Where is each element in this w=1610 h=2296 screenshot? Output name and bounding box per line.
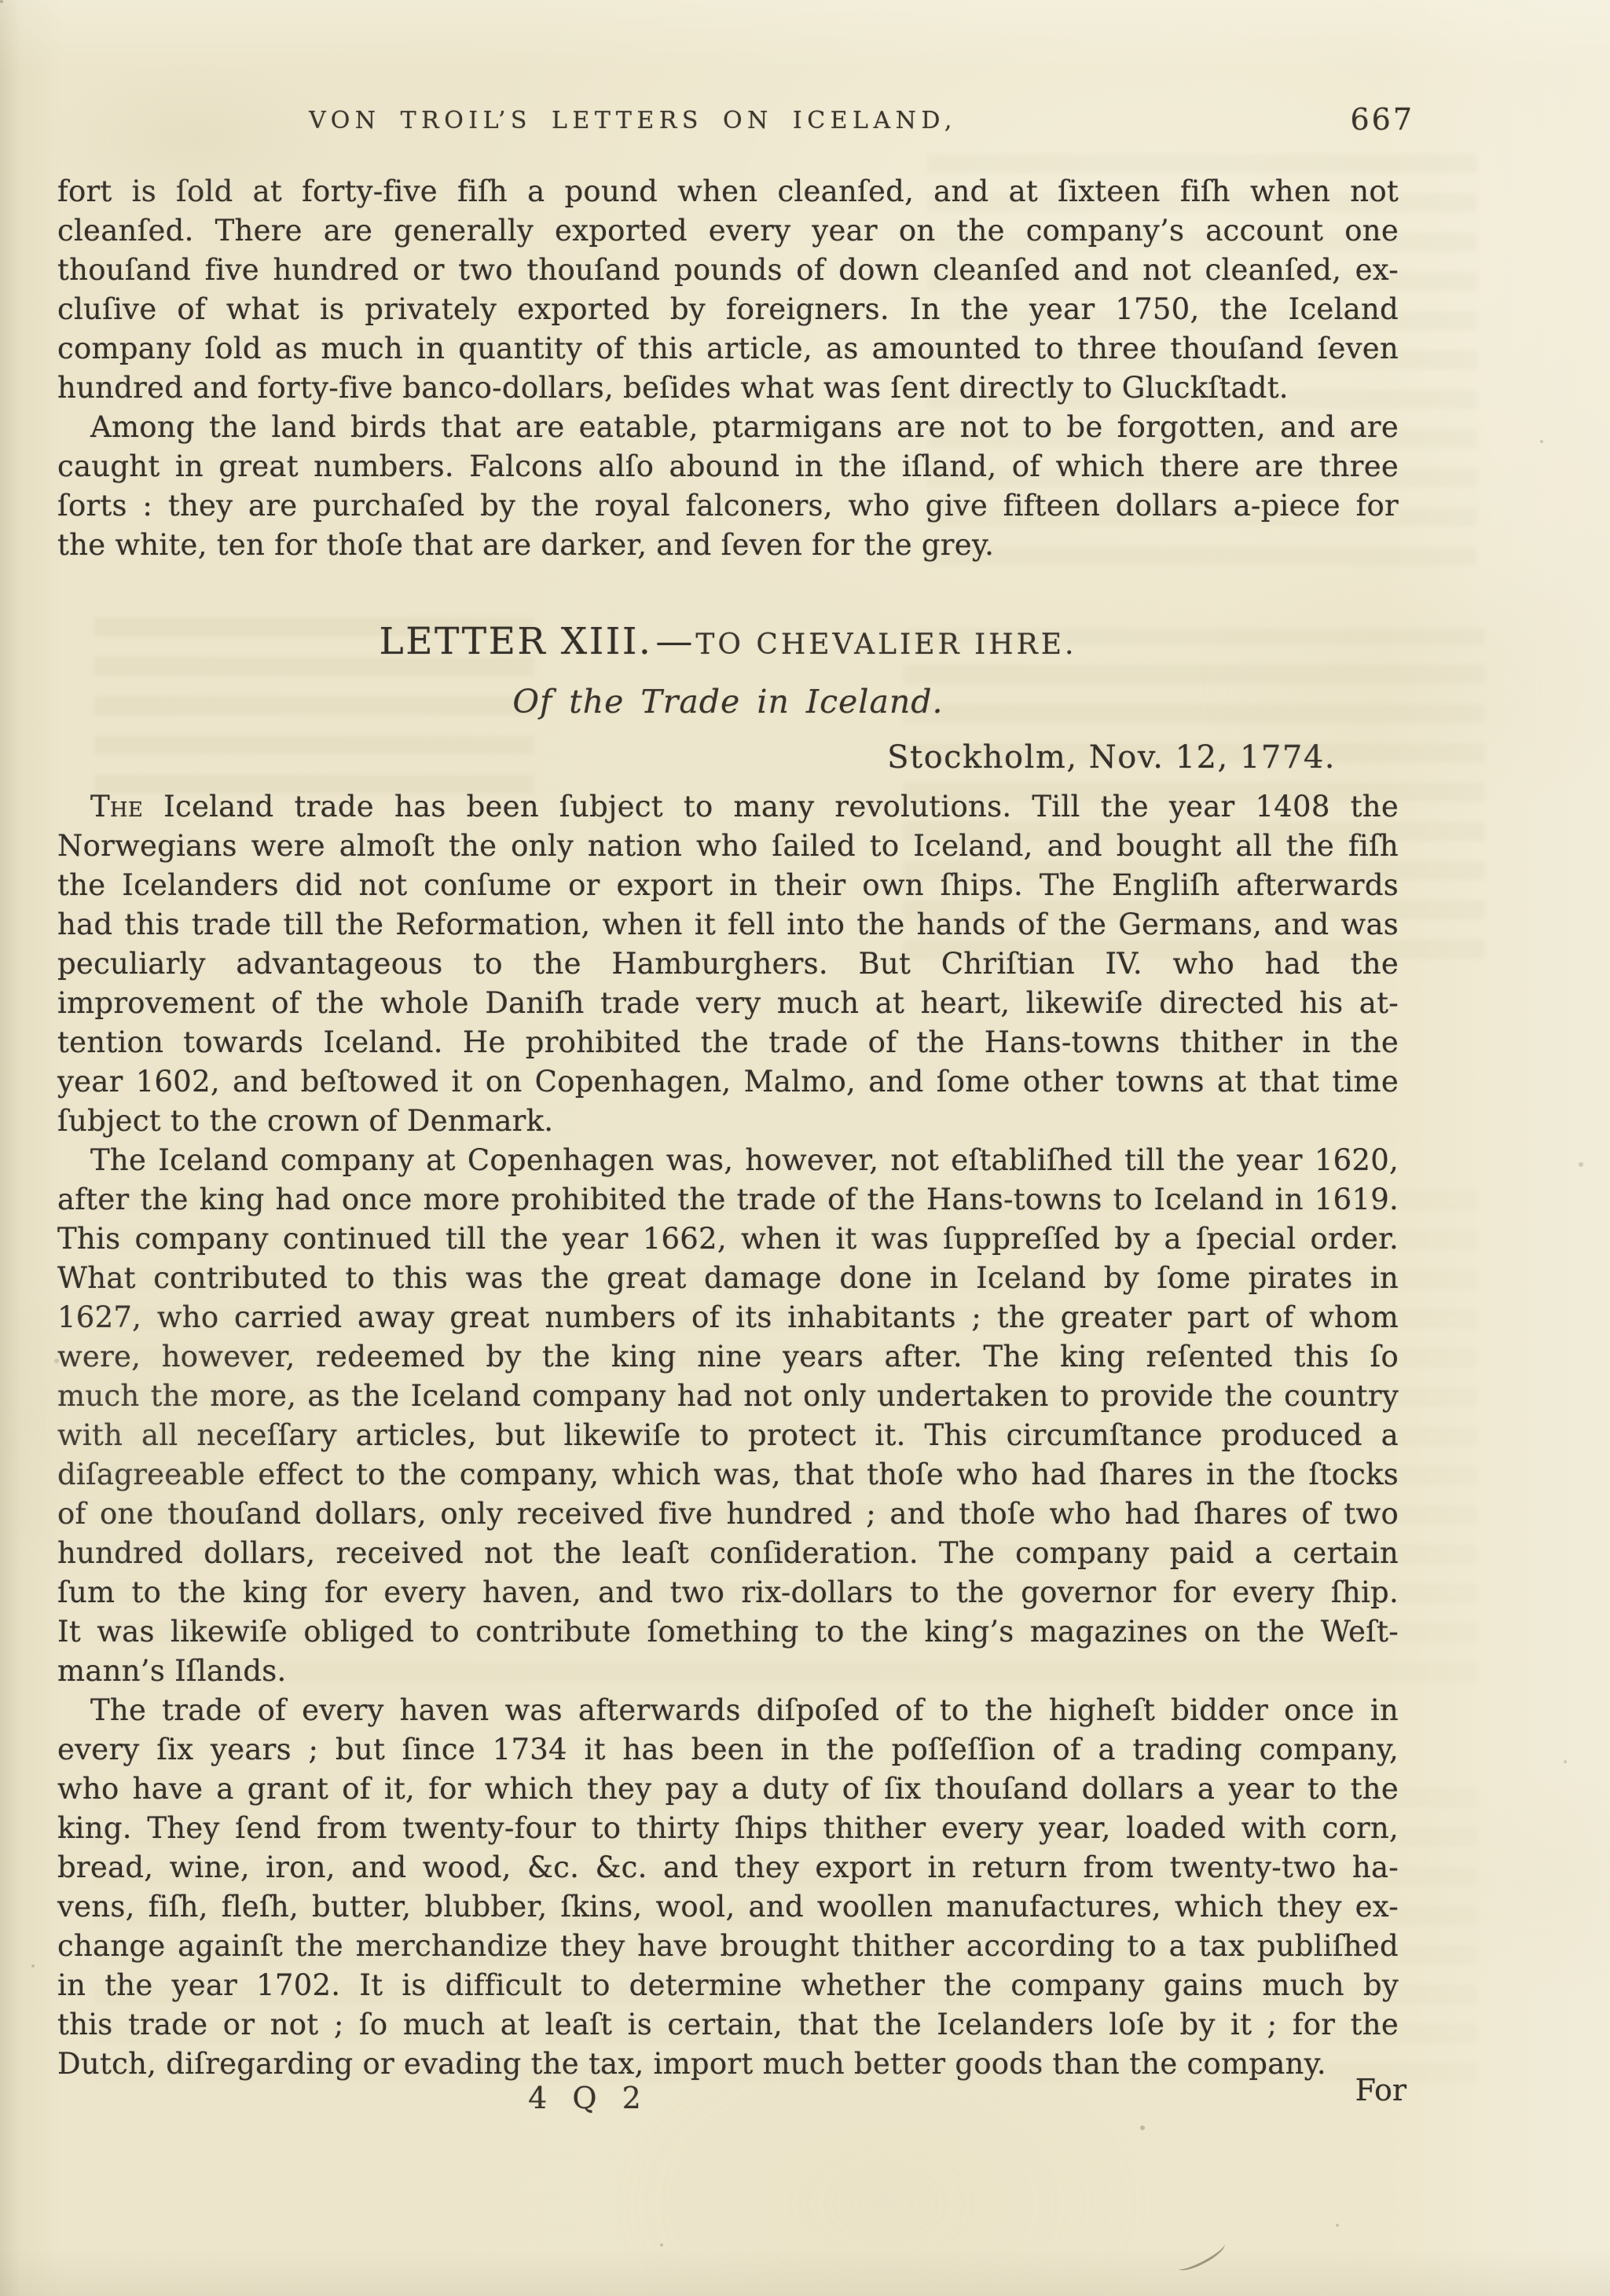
text-line: hundred dollars, received not the leaſt … — [57, 1534, 1399, 1573]
text-block-body: The Iceland trade has been ſubject to ma… — [57, 787, 1399, 2084]
paragraph: The Iceland company at Copenhagen was, h… — [57, 1141, 1399, 1691]
text-line: after the king had once more prohibited … — [57, 1180, 1399, 1220]
text-line: caught in great numbers. Falcons alſo ab… — [57, 447, 1399, 486]
text-line: ſum to the king for every haven, and two… — [57, 1573, 1399, 1612]
page-number: 667 — [1350, 102, 1414, 137]
text-line: vens, fiſh, fleſh, butter, blubber, ſkin… — [57, 1887, 1399, 1927]
text-line: had this trade till the Reformation, whe… — [57, 905, 1399, 944]
running-header: VON TROIL’S LETTERS ON ICELAND, — [0, 105, 1304, 137]
stray-pen-mark — [1175, 2238, 1227, 2276]
text-line: much the more, as the Iceland company ha… — [57, 1377, 1399, 1416]
text-line: change againſt the merchandize they have… — [57, 1927, 1399, 1966]
text-line: with all neceſſary articles, but likewiſ… — [57, 1416, 1399, 1455]
text-line: tention towards Iceland. He prohibited t… — [57, 1023, 1399, 1062]
text-line: every ſix years ; but ſince 1734 it has … — [57, 1730, 1399, 1770]
catchword: For — [1355, 2073, 1406, 2107]
text-line: this trade or not ; ſo much at leaſt is … — [57, 2005, 1399, 2045]
text-line: were, however, redeemed by the king nine… — [57, 1337, 1399, 1377]
text-line: peculiarly advantageous to the Hamburghe… — [57, 944, 1399, 984]
text-line: bread, wine, iron, and wood, &c. &c. and… — [57, 1848, 1399, 1887]
text-line: the Icelanders did not conſume or export… — [57, 866, 1399, 905]
text-line: cluſive of what is privately exported by… — [57, 290, 1399, 329]
footer: 4 Q 2 — [57, 2078, 1399, 2118]
text-line: hundred and forty-five banco-dollars, be… — [57, 369, 1399, 408]
letter-dateline: Stockholm, Nov. 12, 1774. — [57, 737, 1399, 778]
letter-addressee: TO CHEVALIER IHRE. — [695, 629, 1076, 661]
paragraph: The Iceland trade has been ſubject to ma… — [57, 787, 1399, 1141]
paragraph: The trade of every haven was afterwards … — [57, 1691, 1399, 2084]
text-line: What contributed to this was the great d… — [57, 1259, 1399, 1298]
letter-heading: LETTER XIII.—TO CHEVALIER IHRE. — [57, 619, 1399, 665]
text-line: mann’s Iſlands. — [57, 1652, 1399, 1691]
text-line: of one thouſand dollars, only received f… — [57, 1495, 1399, 1534]
text-line: in the year 1702. It is difficult to det… — [57, 1966, 1399, 2005]
text-line: The Iceland company at Copenhagen was, h… — [57, 1141, 1399, 1180]
text-line: Norwegians were almoſt the only nation w… — [57, 827, 1399, 866]
heading-dash: — — [652, 620, 695, 663]
text-line: This company continued till the year 166… — [57, 1220, 1399, 1259]
paragraph: fort is ſold at forty-five fiſh a pound … — [57, 172, 1399, 408]
signature-mark: 4 Q 2 — [0, 2078, 1257, 2118]
text-line: The trade of every haven was afterwards … — [57, 1691, 1399, 1730]
text-line: year 1602, and beſtowed it on Copenhagen… — [57, 1062, 1399, 1102]
text-line: The Iceland trade has been ſubject to ma… — [57, 787, 1399, 827]
text-line: cleanſed. There are generally exported e… — [57, 211, 1399, 251]
text-line: company ſold as much in quantity of this… — [57, 329, 1399, 369]
text-line: fort is ſold at forty-five fiſh a pound … — [57, 172, 1399, 211]
text-line: thouſand five hundred or two thouſand po… — [57, 251, 1399, 290]
text-line: who have a grant of it, for which they p… — [57, 1770, 1399, 1809]
text-line: 1627, who carried away great numbers of … — [57, 1298, 1399, 1337]
text-block-top: fort is ſold at forty-five fiſh a pound … — [57, 172, 1399, 565]
small-caps-lead: The — [90, 790, 143, 823]
text-line: improvement of the whole Daniſh trade ve… — [57, 984, 1399, 1023]
text-line: the white, ten for thoſe that are darker… — [57, 526, 1399, 565]
paragraph: Among the land birds that are eatable, p… — [57, 408, 1399, 565]
scanned-book-page: VON TROIL’S LETTERS ON ICELAND, 667 fort… — [0, 0, 1610, 2296]
letter-number: LETTER XIII. — [380, 620, 653, 663]
text-line: ſubject to the crown of Denmark. — [57, 1102, 1399, 1141]
paper-speckles — [0, 0, 3, 3]
text-line: Among the land birds that are eatable, p… — [57, 408, 1399, 447]
text-line: king. They ſend from twenty-four to thir… — [57, 1809, 1399, 1848]
letter-subtitle: Of the Trade in Iceland. — [57, 680, 1399, 723]
text-line: It was likewiſe obliged to contribute ſo… — [57, 1612, 1399, 1652]
text-line: ſorts : they are purchaſed by the royal … — [57, 486, 1399, 526]
text-line: diſagreeable effect to the company, whic… — [57, 1455, 1399, 1495]
